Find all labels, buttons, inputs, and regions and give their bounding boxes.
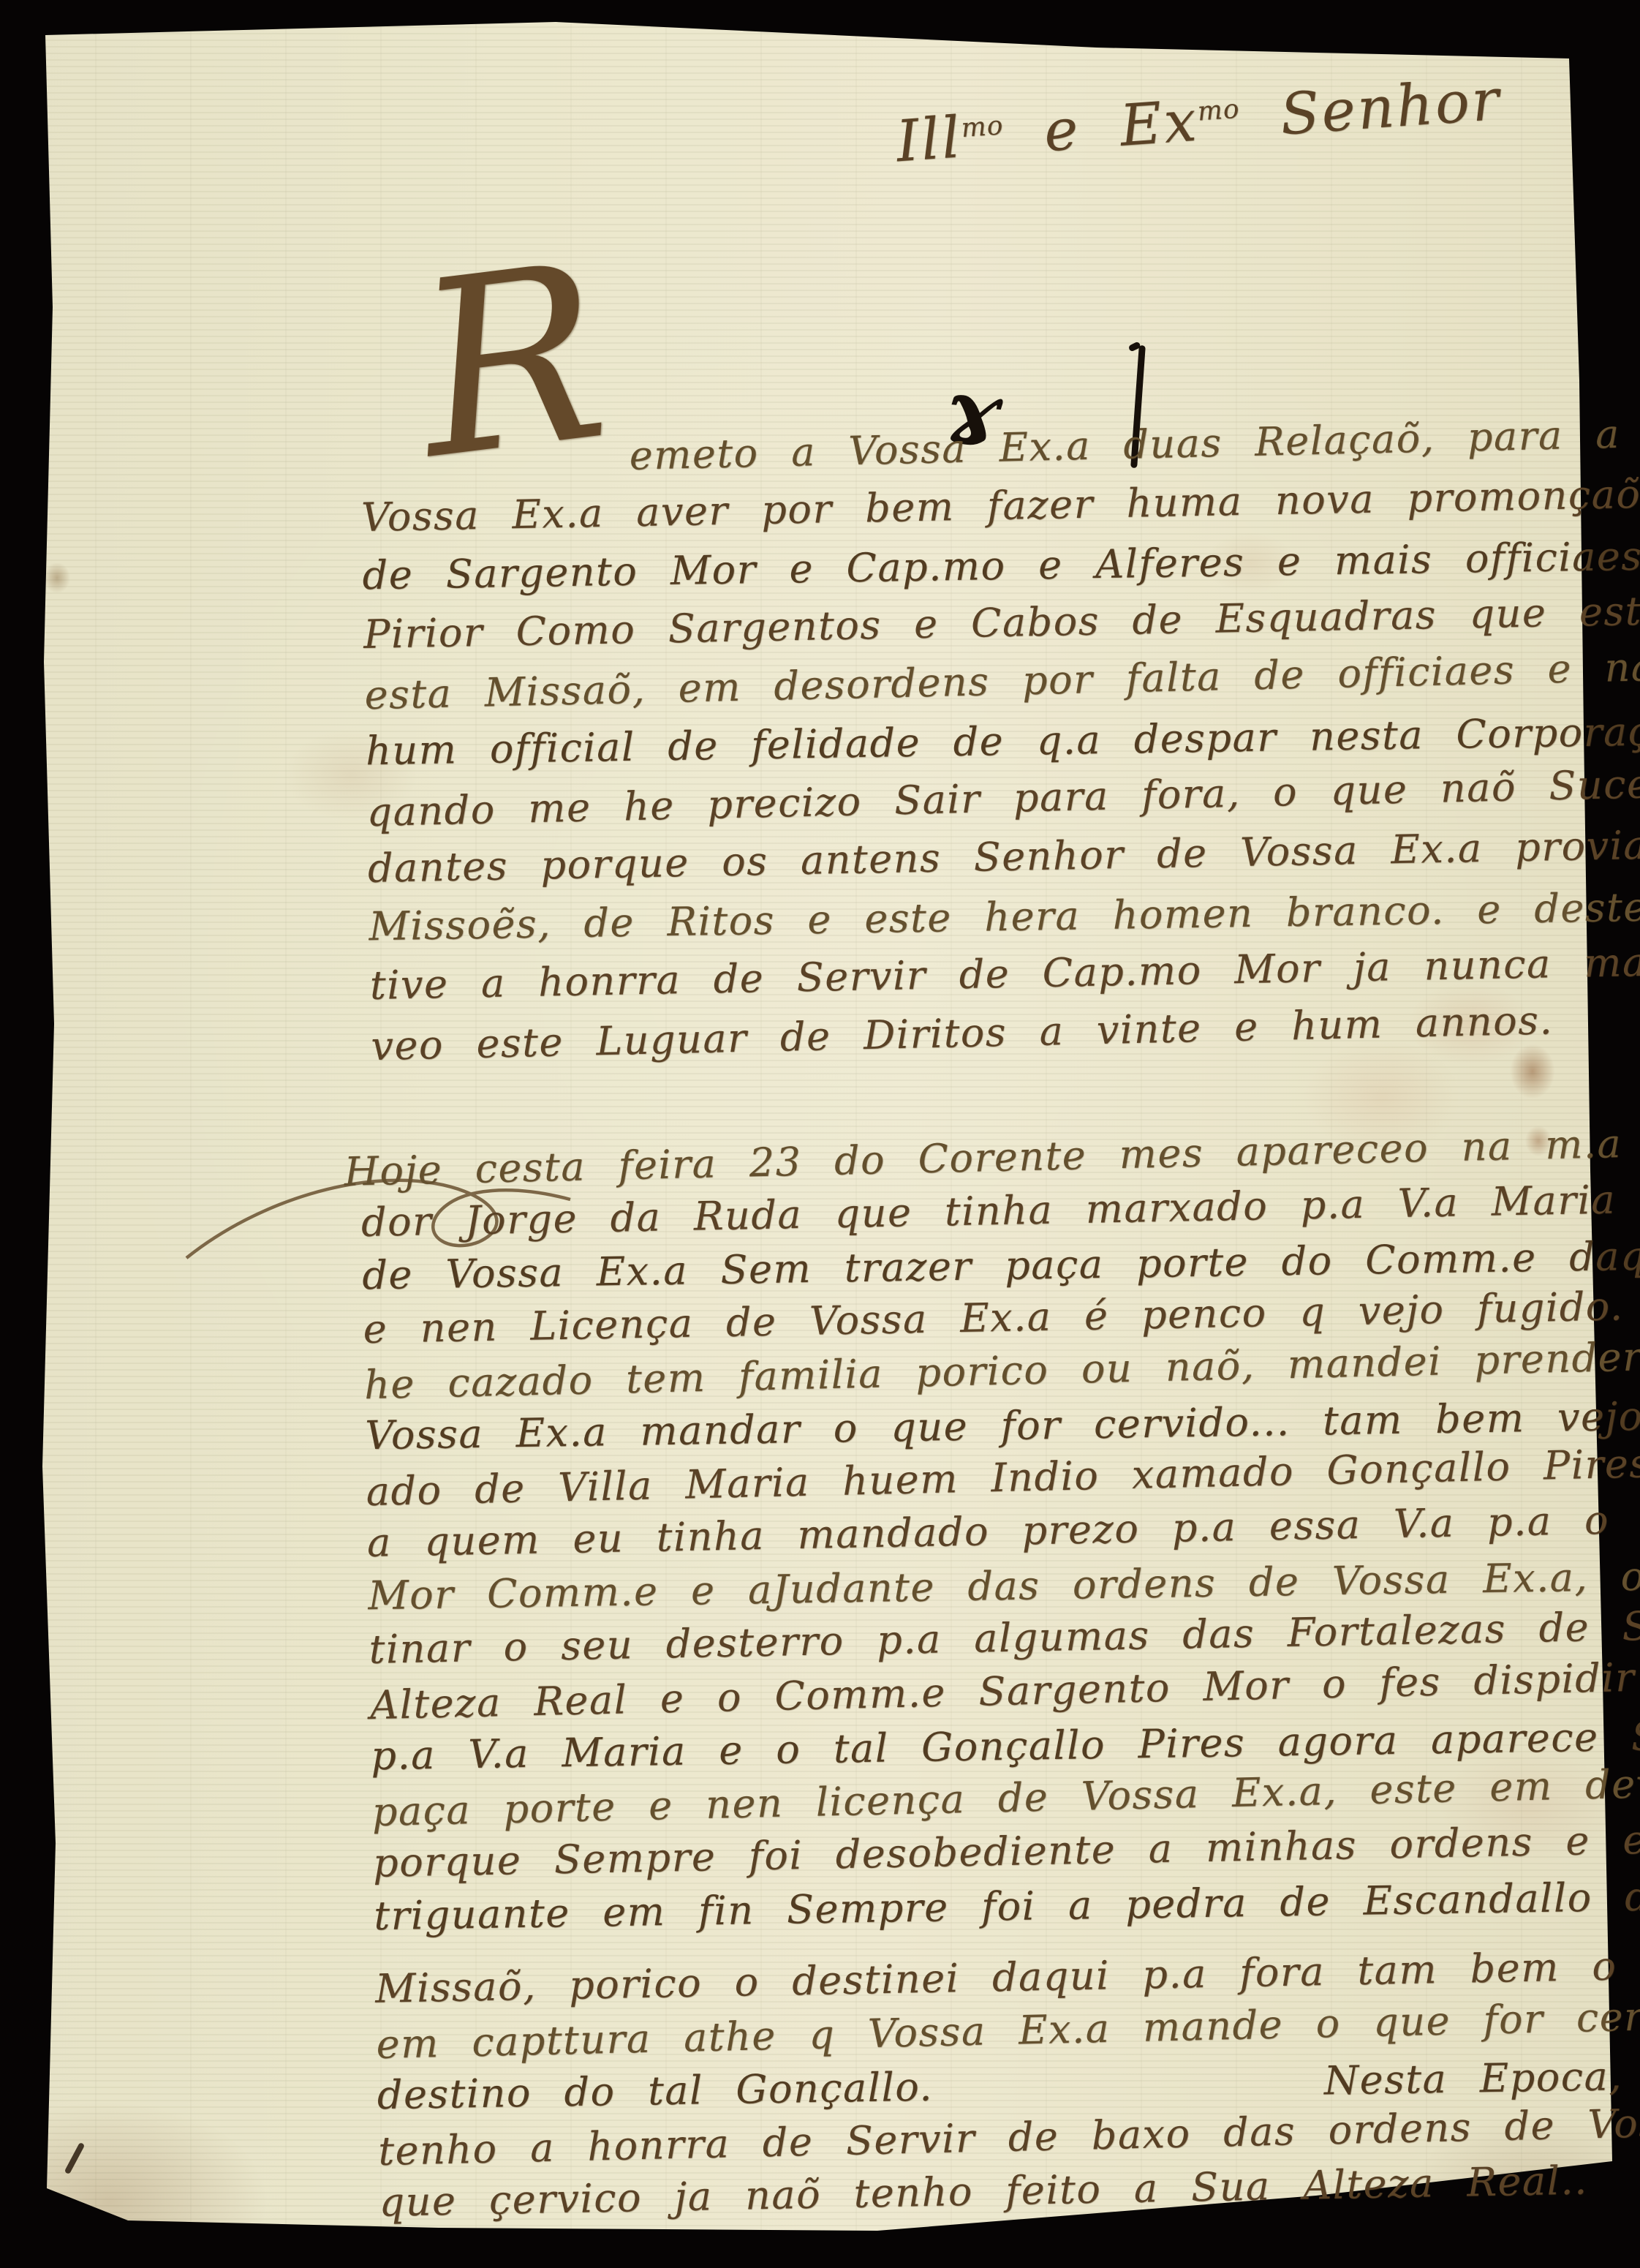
salutation-line: Illmo e Exmo Senhor [894, 64, 1555, 176]
paragraph-1: emeto a Vossa Ex.a duas Relaçaõ, para a … [360, 407, 1607, 1074]
salutation-text: Illmo e Exmo Senhor [894, 67, 1503, 176]
scan-background: Illmo e Exmo Senhor ɤ R emeto a Vossa Ex… [0, 0, 1640, 2268]
handwriting-layer: Illmo e Exmo Senhor ɤ R emeto a Vossa Ex… [0, 0, 1640, 2268]
paragraph-2: Hoje cesta feira 23 do Corente mes apare… [360, 1120, 1615, 2229]
stray-ink-tick [64, 2142, 86, 2174]
